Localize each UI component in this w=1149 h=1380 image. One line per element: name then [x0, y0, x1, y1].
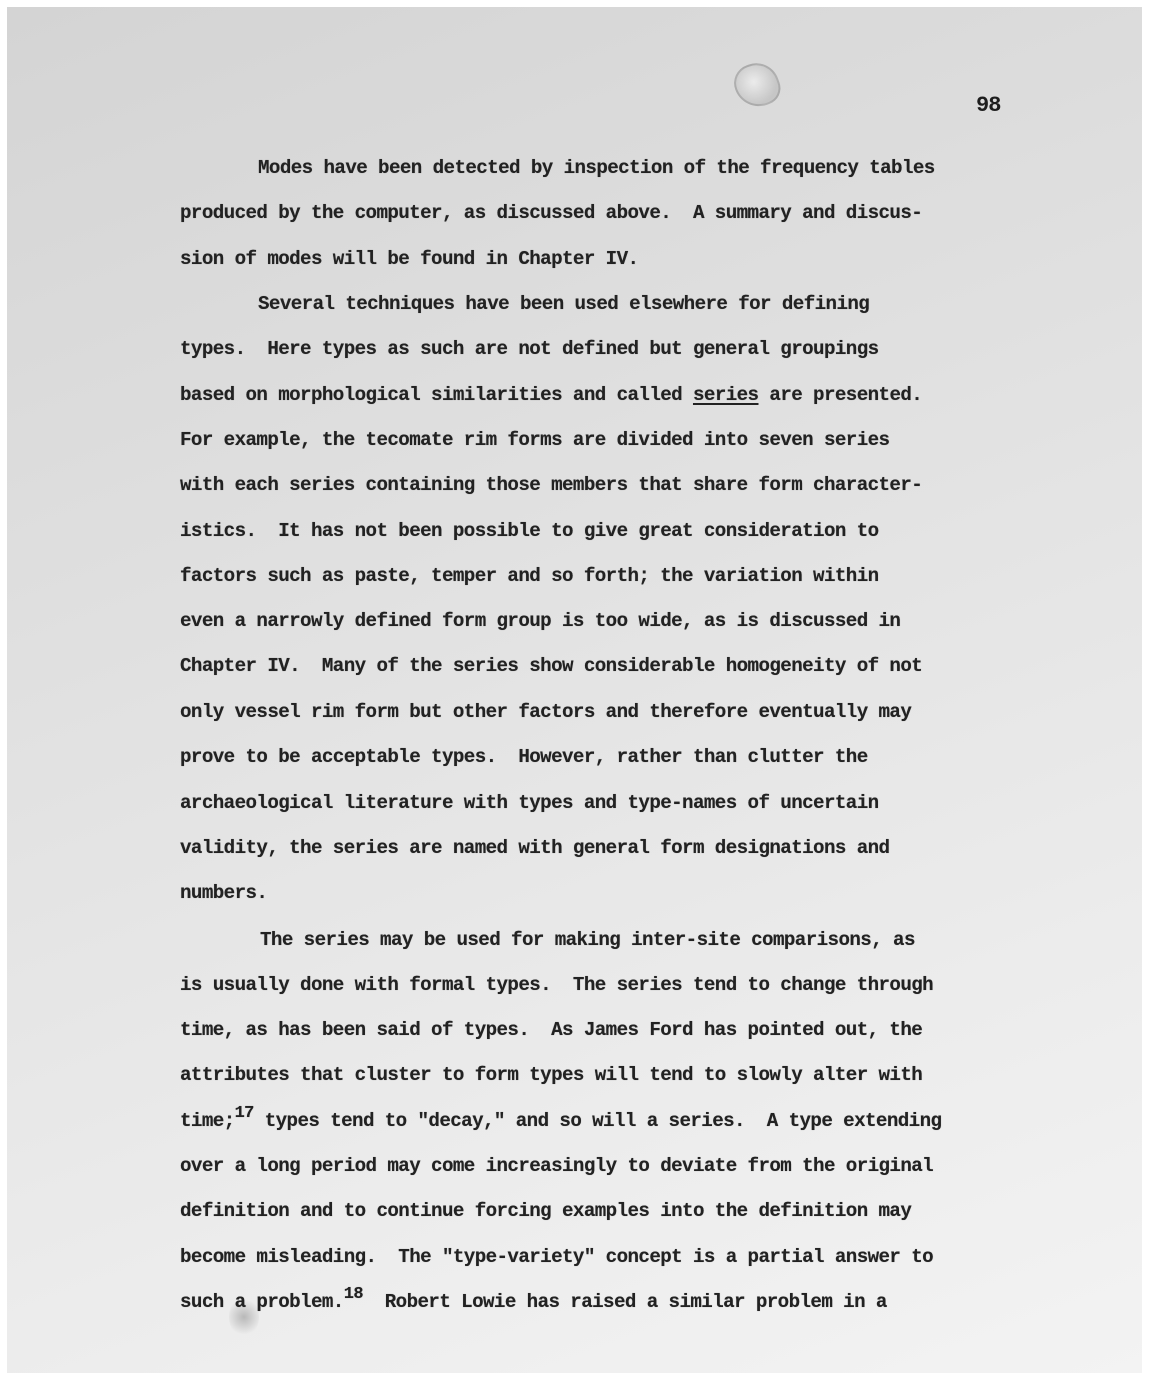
text-line: Several techniques have been used elsewh… [258, 293, 869, 315]
text-line: Modes have been detected by inspection o… [258, 157, 935, 179]
text-line: For example, the tecomate rim forms are … [180, 429, 889, 451]
text-line: only vessel rim form but other factors a… [180, 701, 911, 723]
text-line: validity, the series are named with gene… [180, 837, 889, 859]
text-line: time, as has been said of types. As Jame… [180, 1019, 922, 1041]
text-line: Chapter IV. Many of the series show cons… [180, 655, 922, 677]
text-line: factors such as paste, temper and so for… [180, 565, 879, 587]
text-line: over a long period may come increasingly… [180, 1155, 933, 1177]
text-line: such a problem.18 Robert Lowie has raise… [180, 1291, 887, 1313]
underlined-term-series: series [693, 384, 759, 406]
text-line: The series may be used for making inter-… [260, 929, 915, 951]
text-line: with each series containing those member… [180, 474, 922, 496]
text-line: based on morphological similarities and … [180, 384, 922, 406]
text-line: attributes that cluster to form types wi… [180, 1064, 922, 1086]
footnote-marker-18: 18 [344, 1285, 363, 1304]
text-line: archaeological literature with types and… [180, 792, 879, 814]
text-line: become misleading. The "type-variety" co… [180, 1246, 933, 1268]
text-segment: Robert Lowie has raised a similar proble… [363, 1291, 887, 1313]
paper-smudge [729, 57, 785, 113]
text-line: is usually done with formal types. The s… [180, 974, 933, 996]
text-line: prove to be acceptable types. However, r… [180, 746, 868, 768]
text-line: numbers. [180, 882, 267, 904]
text-line: even a narrowly defined form group is to… [180, 610, 900, 632]
page-number: 98 [976, 93, 1000, 118]
text-line: types. Here types as such are not define… [180, 338, 879, 360]
text-segment: are presented. [758, 384, 922, 406]
text-line: sion of modes will be found in Chapter I… [180, 248, 638, 270]
text-segment: time; [180, 1110, 235, 1132]
text-segment: based on morphological similarities and … [180, 384, 693, 406]
scanned-page: 98 Modes have been detected by inspectio… [7, 7, 1142, 1373]
text-segment: such a problem. [180, 1291, 344, 1313]
footnote-marker-17: 17 [235, 1104, 254, 1123]
text-line: time;17 types tend to "decay," and so wi… [180, 1110, 941, 1132]
text-line: definition and to continue forcing examp… [180, 1200, 911, 1222]
text-line: istics. It has not been possible to give… [180, 520, 879, 542]
text-line: produced by the computer, as discussed a… [180, 202, 922, 224]
text-segment: types tend to "decay," and so will a ser… [254, 1110, 942, 1132]
